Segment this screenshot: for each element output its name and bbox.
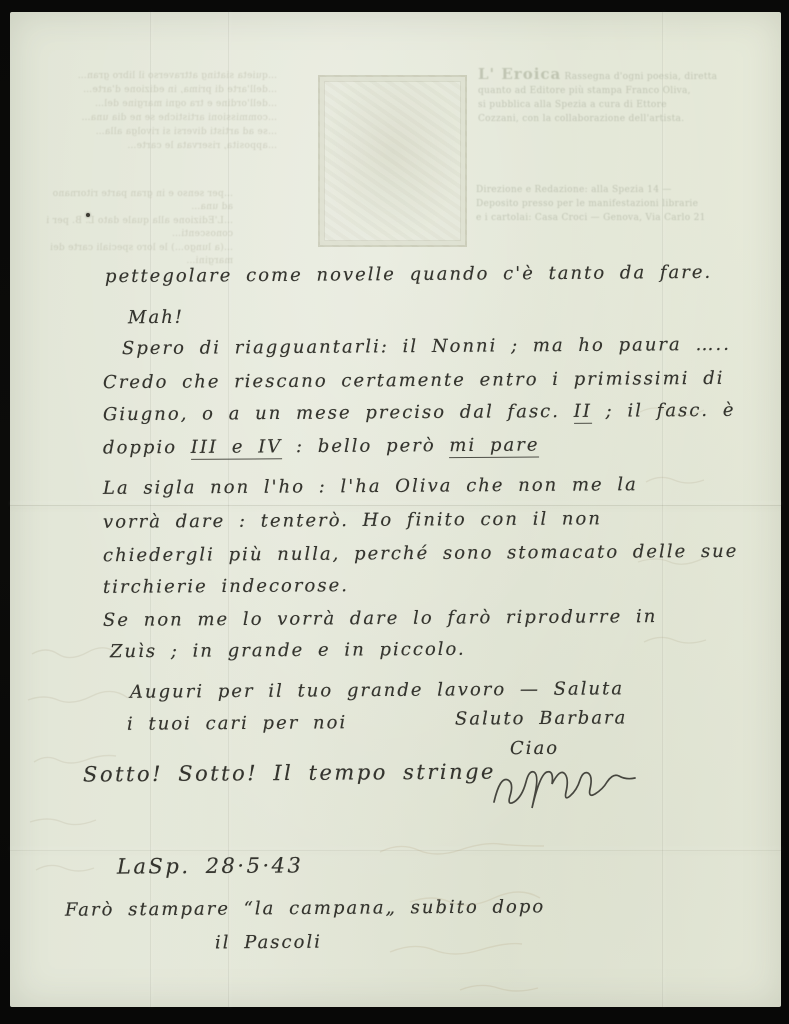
letterhead-text-right-top: L' Eroica Rassegna d'ogni poesia, dirett… xyxy=(478,68,770,127)
handwritten-line-14: i tuoi cari per noi xyxy=(127,712,347,735)
ghost-line: …quieta siating attraverso il libro gran… xyxy=(55,70,277,83)
ghost-line: Rassegna d'ogni poesia, diretta xyxy=(564,72,717,82)
line6-roman-III-IV: III e IV xyxy=(191,436,283,460)
letter-page: …quieta siating attraverso il libro gran… xyxy=(10,12,781,1007)
letterhead-emblem-stamp xyxy=(318,75,467,247)
handwritten-line-3: Spero di riagguantarli: il Nonni ; ma ho… xyxy=(122,334,731,359)
letterhead-text-right-bottom: Direzione e Redazione: alla Spezia 14 — … xyxy=(476,184,768,226)
handwritten-line-12: Zuìs ; in grande e in piccolo. xyxy=(110,639,466,662)
handwritten-line-10: tirchierie indecorose. xyxy=(103,575,349,598)
handwritten-line-7: La sigla non l'ho : l'ha Oliva che non m… xyxy=(103,474,638,499)
showthrough-text-left-bottom: …per senso e in gran parte ritornano ad … xyxy=(38,188,233,269)
ghost-line: quanto ad Editore più stampa Franco Oliv… xyxy=(478,85,770,98)
ghost-line: …dell'arte di prima, in edizione d'arte… xyxy=(55,84,277,97)
ghost-line: …apposita, riservata le carte… xyxy=(55,140,277,153)
ghost-line: Cozzani, con la collaborazione dell'arti… xyxy=(478,113,770,126)
paper-speck xyxy=(86,213,90,217)
line6-pre: doppio xyxy=(103,437,191,459)
letterhead-title: L' Eroica xyxy=(478,65,561,83)
handwritten-line-4: Credo che riescano certamente entro i pr… xyxy=(103,368,725,393)
line5-pre: Giugno, o a un mese preciso dal fasc. xyxy=(103,401,574,425)
verso-ink-showthrough-left xyxy=(24,642,134,882)
ghost-line: Deposito presso per le manifestazioni li… xyxy=(476,198,768,211)
handwritten-line-11: Se non me lo vorrà dare lo farò riprodur… xyxy=(103,606,657,631)
handwritten-line-13: Auguri per il tuo grande lavoro — Saluta xyxy=(130,678,624,702)
ghost-line: …dell'ordine e tra ogni margine del… xyxy=(55,98,277,111)
handwritten-postscript-2: il Pascoli xyxy=(215,932,322,954)
handwritten-line-2: Mah! xyxy=(128,307,184,328)
handwritten-line-8: vorrà dare : tenterò. Ho finito con il n… xyxy=(103,508,602,532)
handwritten-sotto-sotto: Sotto! Sotto! Il tempo stringe xyxy=(83,760,496,787)
verso-ink-showthrough-right xyxy=(630,392,760,692)
ghost-line: si pubblica alla Spezia a cura di Ettore xyxy=(478,99,770,112)
handwritten-line-1: pettegolare come novelle quando c'è tant… xyxy=(105,262,712,287)
handwritten-saluto-barbara: Saluto Barbara xyxy=(455,707,628,729)
handwritten-ciao: Ciao xyxy=(510,738,559,759)
ghost-line: …se ad artisti diversi si rivolga alla… xyxy=(55,126,277,139)
ghost-line: …per senso e in gran parte ritornano ad … xyxy=(38,188,233,214)
ghost-line: Direzione e Redazione: alla Spezia 14 — xyxy=(476,184,768,197)
line6-mid: : bello però xyxy=(282,435,449,457)
showthrough-text-left-top: …quieta siating attraverso il libro gran… xyxy=(55,70,277,154)
handwritten-line-6: doppio III e IV : bello però mi pare xyxy=(103,434,540,458)
line6-mi-pare: mi pare xyxy=(449,434,539,458)
ghost-line: …L'Edizione alla quale dato L. B. per i … xyxy=(38,215,233,241)
handwritten-date: LaSp. 28·5·43 xyxy=(117,853,303,878)
line5-roman-II: II xyxy=(574,401,592,424)
verso-ink-showthrough-bottom xyxy=(370,832,760,1002)
signature-scrawl xyxy=(488,764,663,826)
ghost-line: …commissioni artistiche se ne dia una… xyxy=(55,112,277,125)
ghost-line: e i cartolai: Casa Croci — Genova, Via C… xyxy=(476,212,768,225)
ghost-line: …(a lungo…) le loro speciali carte dei m… xyxy=(38,242,233,268)
